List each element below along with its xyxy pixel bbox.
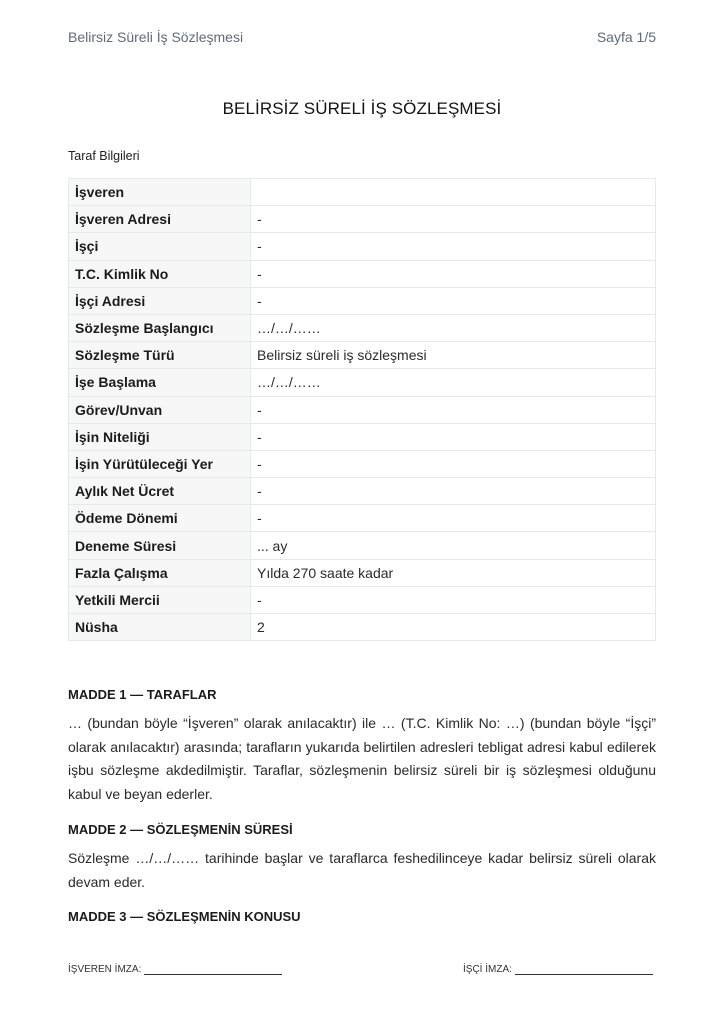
party-info-label: Taraf Bilgileri	[68, 149, 140, 163]
article-3-title: MADDE 3 — SÖZLEŞMENİN KONUSU	[68, 909, 301, 924]
employer-signature: İŞVEREN İMZA:	[68, 964, 282, 975]
article-1-title: MADDE 1 — TARAFLAR	[68, 687, 217, 702]
table-row: T.C. Kimlik No-	[69, 260, 656, 287]
party-info-table: İşverenİşveren Adresi-İşçi-T.C. Kimlik N…	[68, 178, 656, 641]
field-label: İşin Yürütüleceği Yer	[69, 450, 251, 477]
field-value: Yılda 270 saate kadar	[251, 559, 656, 586]
employee-signature-label: İŞÇİ İMZA:	[463, 964, 512, 975]
field-value: Belirsiz süreli iş sözleşmesi	[251, 342, 656, 369]
field-label: İşveren Adresi	[69, 206, 251, 233]
table-row: İşçi Adresi-	[69, 287, 656, 314]
table-row: Fazla ÇalışmaYılda 270 saate kadar	[69, 559, 656, 586]
field-value: -	[251, 478, 656, 505]
field-label: İşe Başlama	[69, 369, 251, 396]
field-label: İşin Niteliği	[69, 423, 251, 450]
field-label: Yetkili Mercii	[69, 586, 251, 613]
field-value: …/…/……	[251, 314, 656, 341]
page-header: Belirsiz Süreli İş Sözleşmesi Sayfa 1/5	[68, 29, 656, 45]
field-label: İşçi Adresi	[69, 287, 251, 314]
table-row: İşveren	[69, 179, 656, 206]
employer-signature-line	[144, 965, 282, 975]
table-row: İşçi-	[69, 233, 656, 260]
page-indicator: Sayfa 1/5	[597, 29, 656, 45]
field-label: İşveren	[69, 179, 251, 206]
field-value: 2	[251, 614, 656, 641]
article-1-body: … (bundan böyle “İşveren” olarak anılaca…	[68, 712, 656, 806]
table-row: Aylık Net Ücret-	[69, 478, 656, 505]
table-row: Sözleşme Başlangıcı…/…/……	[69, 314, 656, 341]
employer-signature-label: İŞVEREN İMZA:	[68, 964, 141, 975]
field-label: Deneme Süresi	[69, 532, 251, 559]
field-label: Aylık Net Ücret	[69, 478, 251, 505]
table-row: Deneme Süresi... ay	[69, 532, 656, 559]
employee-signature-line	[515, 965, 653, 975]
table-row: Görev/Unvan-	[69, 396, 656, 423]
header-doc-name: Belirsiz Süreli İş Sözleşmesi	[68, 29, 243, 45]
employee-signature: İŞÇİ İMZA:	[463, 964, 653, 975]
table-row: Nüsha2	[69, 614, 656, 641]
field-label: T.C. Kimlik No	[69, 260, 251, 287]
field-value: …/…/……	[251, 369, 656, 396]
field-label: Ödeme Dönemi	[69, 505, 251, 532]
table-row: Yetkili Mercii-	[69, 586, 656, 613]
field-value: -	[251, 287, 656, 314]
table-row: İşin Yürütüleceği Yer-	[69, 450, 656, 477]
table-row: Ödeme Dönemi-	[69, 505, 656, 532]
field-label: Görev/Unvan	[69, 396, 251, 423]
field-label: Sözleşme Türü	[69, 342, 251, 369]
field-label: Fazla Çalışma	[69, 559, 251, 586]
field-value: -	[251, 396, 656, 423]
field-value: -	[251, 505, 656, 532]
document-title: BELİRSİZ SÜRELİ İŞ SÖZLEŞMESİ	[0, 99, 724, 119]
field-label: Nüsha	[69, 614, 251, 641]
field-value: -	[251, 586, 656, 613]
field-value: -	[251, 233, 656, 260]
table-row: Sözleşme TürüBelirsiz süreli iş sözleşme…	[69, 342, 656, 369]
field-value: -	[251, 423, 656, 450]
field-value: -	[251, 450, 656, 477]
table-row: İşe Başlama…/…/……	[69, 369, 656, 396]
table-row: İşveren Adresi-	[69, 206, 656, 233]
table-row: İşin Niteliği-	[69, 423, 656, 450]
field-value: -	[251, 206, 656, 233]
article-2-title: MADDE 2 — SÖZLEŞMENİN SÜRESİ	[68, 822, 293, 837]
field-value: -	[251, 260, 656, 287]
field-value	[251, 179, 656, 206]
field-value: ... ay	[251, 532, 656, 559]
article-2-body: Sözleşme …/…/…… tarihinde başlar ve tara…	[68, 847, 656, 894]
field-label: İşçi	[69, 233, 251, 260]
field-label: Sözleşme Başlangıcı	[69, 314, 251, 341]
